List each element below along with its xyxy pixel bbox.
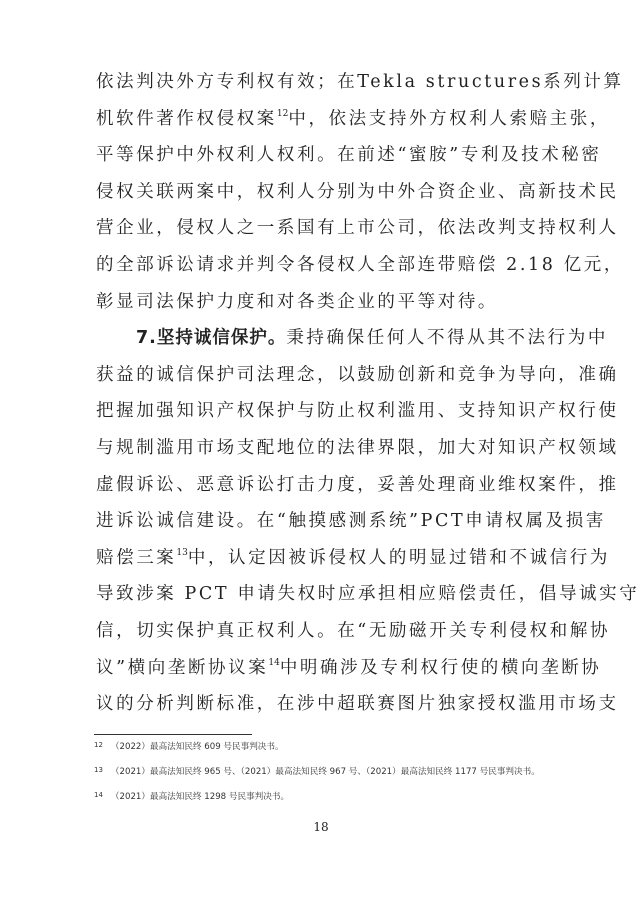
footnote-ref-14[interactable]: 14 xyxy=(268,658,279,668)
text-fragment: 机软件著作权侵权案 xyxy=(96,109,277,129)
text-fragment: 赔偿三案 xyxy=(96,548,176,568)
footnote-ref-13[interactable]: 13 xyxy=(176,548,187,558)
footnote-separator xyxy=(94,734,252,735)
text-line: 侵权关联两案中，权利人分别为中外合资企业、高新技术民 xyxy=(96,174,556,211)
footnote-14: 14（2021）最高法知民终 1298 号民事判决书。 xyxy=(94,789,554,804)
text-line: 导致涉案 PCT 申请失权时应承担相应赔偿责任，倡导诚实守 xyxy=(96,576,556,613)
footnote-number: 12 xyxy=(94,741,103,749)
footnotes: 12（2022）最高法知民终 609 号民事判决书。 13（2021）最高法知民… xyxy=(94,739,554,814)
text-line: 把握加强知识产权保护与防止权利滥用、支持知识产权行使 xyxy=(96,393,556,430)
text-line: 议”横向垄断协议案14中明确涉及专利权行使的横向垄断协 xyxy=(96,650,556,687)
page-number: 18 xyxy=(0,820,642,834)
section-heading: 7.坚持诚信保护。 xyxy=(136,328,286,348)
text-fragment: 中，认定因被诉侵权人的明显过错和不诚信行为 xyxy=(188,548,610,568)
text-line: 信，切实保护真正权利人。在“无励磁开关专利侵权和解协 xyxy=(96,613,556,650)
footnote-text: （2022）最高法知民终 609 号民事判决书。 xyxy=(111,742,284,752)
text-line: 虚假诉讼、恶意诉讼打击力度，妥善处理商业维权案件，推 xyxy=(96,467,556,504)
text-line: 议的分析判断标准，在涉中超联赛图片独家授权滥用市场支 xyxy=(96,686,556,723)
text-line: 平等保护中外权利人权利。在前述“蜜胺”专利及技术秘密 xyxy=(96,137,556,174)
text-line: 与规制滥用市场支配地位的法律界限，加大对知识产权领域 xyxy=(96,430,556,467)
text-line: 依法判决外方专利权有效；在Tekla structures系列计算 xyxy=(96,64,556,101)
document-page: 依法判决外方专利权有效；在Tekla structures系列计算 机软件著作权… xyxy=(0,0,642,900)
text-line: 7.坚持诚信保护。秉持确保任何人不得从其不法行为中 xyxy=(96,320,556,357)
text-line: 进诉讼诚信建设。在“触摸感测系统”PCT申请权属及损害 xyxy=(96,503,556,540)
text-fragment: 中，依法支持外方权利人索赔主张， xyxy=(288,109,610,129)
footnote-ref-12[interactable]: 12 xyxy=(277,109,288,119)
text-fragment: 议”横向垄断协议案 xyxy=(96,658,268,678)
footnote-12: 12（2022）最高法知民终 609 号民事判决书。 xyxy=(94,739,554,754)
body-text: 依法判决外方专利权有效；在Tekla structures系列计算 机软件著作权… xyxy=(96,64,556,723)
footnote-text: （2021）最高法知民终 965 号、（2021）最高法知民终 967 号、（2… xyxy=(111,767,540,777)
text-fragment: 秉持确保任何人不得从其不法行为中 xyxy=(286,328,608,348)
text-line: 获益的诚信保护司法理念，以鼓励创新和竞争为导向，准确 xyxy=(96,357,556,394)
footnote-13: 13（2021）最高法知民终 965 号、（2021）最高法知民终 967 号、… xyxy=(94,764,554,779)
text-line: 彰显司法保护力度和对各类企业的平等对待。 xyxy=(96,284,556,321)
text-line: 赔偿三案13中，认定因被诉侵权人的明显过错和不诚信行为 xyxy=(96,540,556,577)
footnote-text: （2021）最高法知民终 1298 号民事判决书。 xyxy=(111,792,289,802)
text-line: 的全部诉讼请求并判令各侵权人全部连带赔偿 2.18 亿元， xyxy=(96,247,556,284)
footnote-number: 13 xyxy=(94,766,103,774)
text-fragment: 中明确涉及专利权行使的横向垄断协 xyxy=(280,658,602,678)
text-line: 机软件著作权侵权案12中，依法支持外方权利人索赔主张， xyxy=(96,101,556,138)
text-line: 营企业，侵权人之一系国有上市公司，依法改判支持权利人 xyxy=(96,210,556,247)
footnote-number: 14 xyxy=(94,791,103,799)
